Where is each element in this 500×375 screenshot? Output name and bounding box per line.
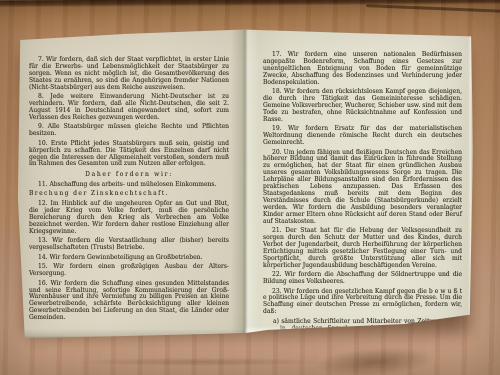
program-point-10: 10. Erste Pflicht jedes Staatsbürgers mu… bbox=[29, 141, 229, 169]
wood-plank-groove bbox=[0, 0, 500, 8]
program-point-7: 7. Wir fordern, daß sich der Staat verpf… bbox=[29, 57, 229, 92]
left-page: 7. Wir fordern, daß sich der Staat verpf… bbox=[17, 27, 245, 338]
program-point-14: 14. Wir fordern Gewinnbeteiligung an Gro… bbox=[29, 255, 229, 262]
program-point-11: 11. Abschaffung des arbeits- und mühelos… bbox=[29, 182, 229, 189]
program-point-18: 18. Wir fordern den rücksichtslosen Kamp… bbox=[263, 89, 462, 124]
program-point-12: 12. Im Hinblick auf die ungeheuren Opfer… bbox=[29, 201, 229, 236]
program-point-16: 16. Wir fordern die Schaffung eines gesu… bbox=[29, 281, 229, 322]
program-booklet: 7. Wir fordern, daß sich der Staat verpf… bbox=[17, 27, 473, 338]
program-point-20: 20. Um jedem fähigen und fleißigen Deuts… bbox=[263, 150, 462, 226]
wood-grain-streak bbox=[80, 358, 320, 366]
program-point-17: 17. Wir fordern eine unseren nationalen … bbox=[263, 52, 462, 87]
wood-grain-knot bbox=[314, 344, 436, 375]
program-point-8: 8. Jede weitere Einwanderung Nicht-Deuts… bbox=[29, 94, 229, 122]
program-point-21: 21. Der Staat hat für die Hebung der Vol… bbox=[263, 228, 462, 269]
program-point-22: 22. Wir fordern die Abschaffung der Söld… bbox=[263, 272, 462, 286]
demands-heading: Daher fordern wir: bbox=[29, 172, 229, 179]
zinsknechtschaft-heading: Brechung der Zinsknechtschaft. bbox=[29, 191, 229, 198]
program-point-13: 13. Wir fordern die Verstaatlichung alle… bbox=[29, 238, 229, 252]
program-point-15: 15. Wir fordern einen großzügigen Ausbau… bbox=[29, 264, 229, 278]
center-fold bbox=[231, 27, 259, 338]
program-point-19: 19. Wir fordern Ersatz für das der mater… bbox=[263, 126, 462, 147]
program-point-23: 23. Wir fordern den gesetzlichen Kampf g… bbox=[263, 289, 462, 317]
program-point-9: 9. Alle Staatsbürger müssen gleiche Rech… bbox=[29, 124, 229, 138]
wood-plank-seam bbox=[366, 4, 500, 13]
photo-frame: 7. Wir fordern, daß sich der Staat verpf… bbox=[0, 0, 500, 375]
right-page: 17. Wir fordern eine unseren nationalen … bbox=[245, 27, 473, 338]
